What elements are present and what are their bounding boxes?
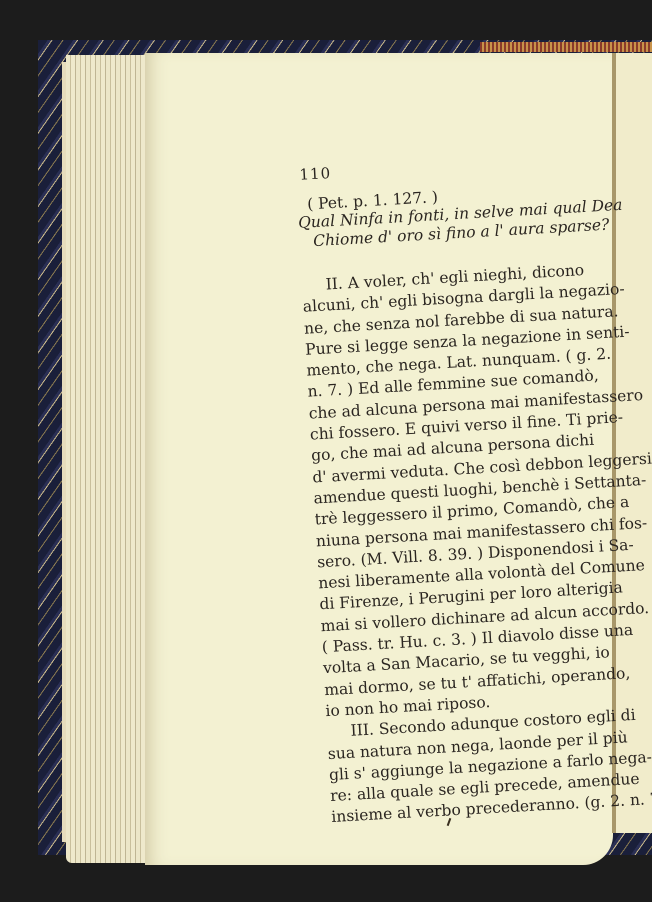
page-text: 110 ( Pet. p. 1. 127. ) Qual Ninfa in fo… xyxy=(295,148,652,829)
paragraph-2: II. A voler, ch' egli nieghi, dicono alc… xyxy=(301,258,643,722)
paragraph-3: III. Secondo adunque costoro egli di sua… xyxy=(326,705,649,829)
cover-edge-binding xyxy=(480,42,652,52)
